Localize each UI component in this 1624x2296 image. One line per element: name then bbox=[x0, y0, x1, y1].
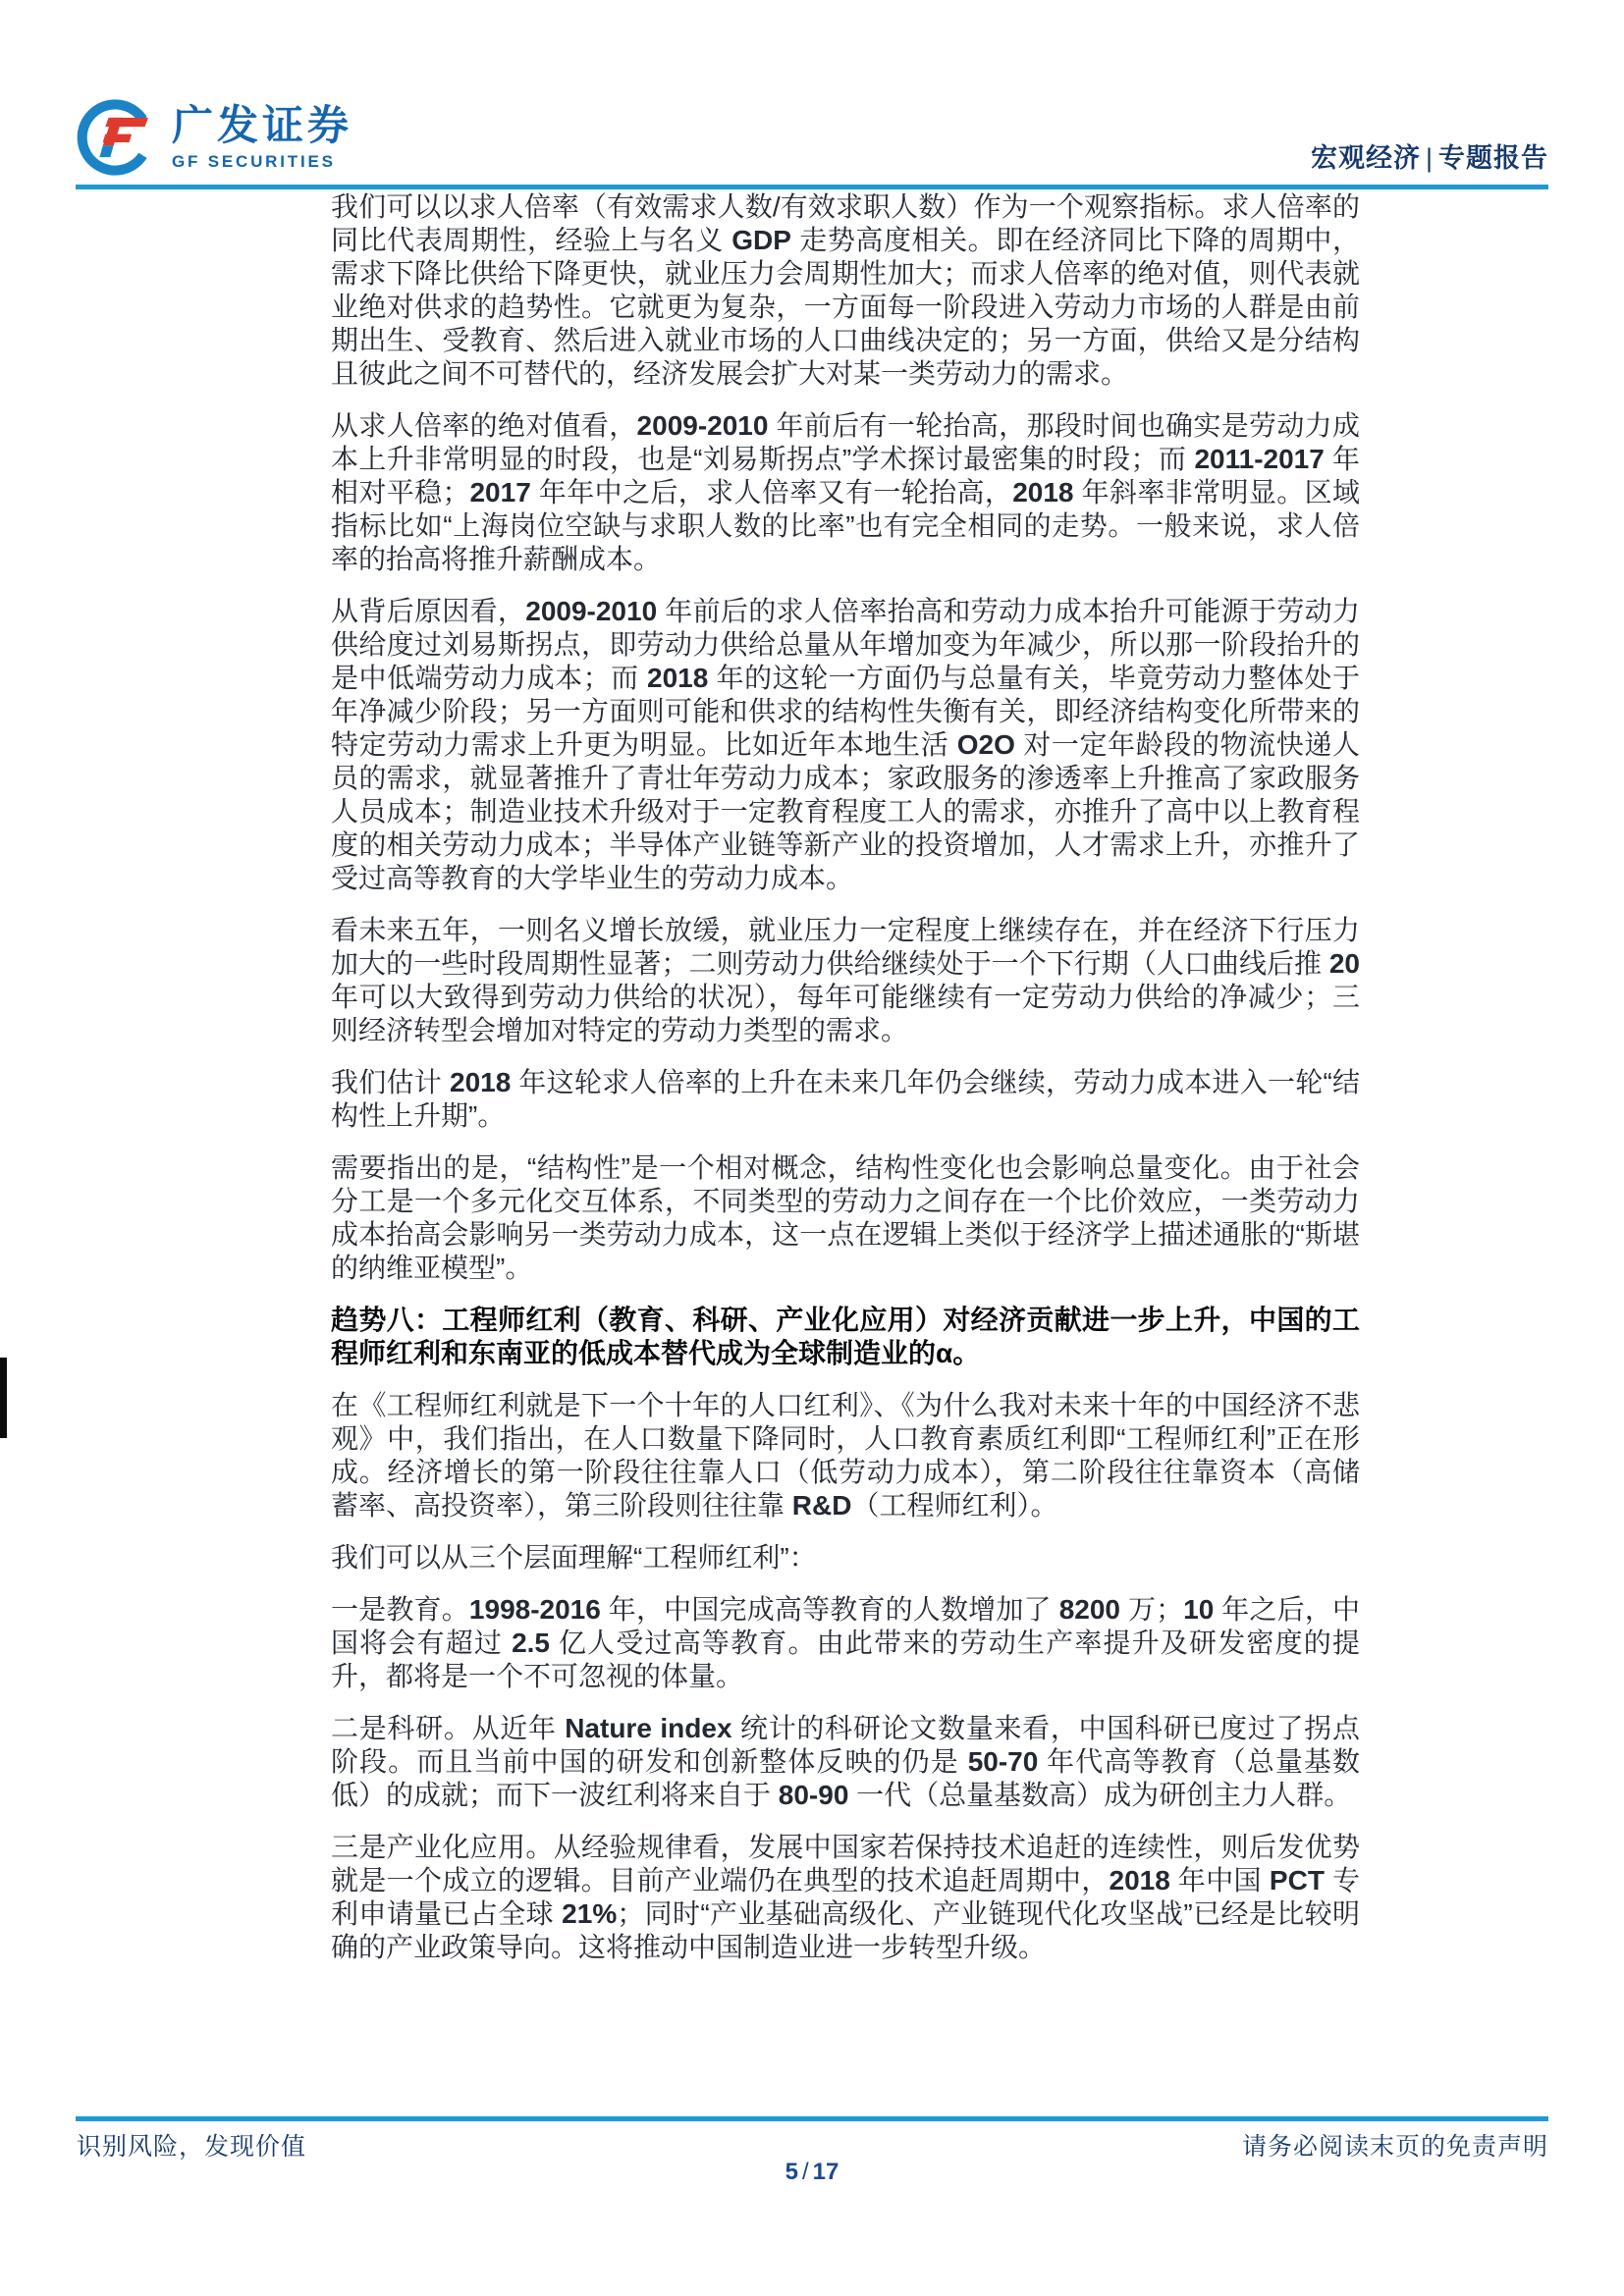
latin-text-run: 2018 bbox=[1012, 477, 1073, 507]
latin-text-run: 10 bbox=[1183, 1594, 1214, 1625]
latin-text-run: 2018 bbox=[647, 663, 708, 693]
body-paragraph: 在《工程师红利就是下一个十年的人口红利》、《为什么我对未来十年的中国经济不悲观》… bbox=[331, 1389, 1360, 1522]
category-label: 宏观经济 bbox=[1311, 143, 1421, 173]
body-paragraph: 我们可以从三个层面理解“工程师红利”： bbox=[331, 1541, 1360, 1575]
report-body: 我们可以以求人倍率（有效需求人数/有效求职人数）作为一个观察指标。求人倍率的同比… bbox=[331, 190, 1360, 1983]
gf-securities-logo: 广发证券 GF SECURITIES bbox=[76, 96, 352, 179]
page-header: 广发证券 GF SECURITIES 宏观经济|专题报告 bbox=[76, 90, 1548, 185]
latin-text-run: O2O bbox=[957, 729, 1015, 760]
latin-text-run: GDP bbox=[731, 225, 791, 255]
body-paragraph: 看未来五年，一则名义增长放缓，就业压力一定程度上继续存在，并在经济下行压力加大的… bbox=[331, 914, 1360, 1047]
body-paragraph: 一是教育。1998-2016 年，中国完成高等教育的人数增加了 8200 万；1… bbox=[331, 1593, 1360, 1693]
gf-logo-mark-icon bbox=[76, 96, 158, 179]
page-number-separator: / bbox=[798, 2159, 813, 2185]
latin-text-run: 2018 bbox=[450, 1067, 511, 1097]
latin-text-run: 20 bbox=[1329, 948, 1360, 979]
page-number: 5/17 bbox=[0, 2159, 1624, 2186]
latin-text-run: Nature index bbox=[565, 1713, 731, 1743]
footer-disclaimer: 请务必阅读末页的免责声明 bbox=[1242, 2127, 1548, 2163]
header-divider bbox=[76, 185, 1548, 189]
report-page: 广发证券 GF SECURITIES 宏观经济|专题报告 我们可以以求人倍率（有… bbox=[0, 0, 1624, 2296]
body-paragraph: 需要指出的是，“结构性”是一个相对概念，结构性变化也会影响总量变化。由于社会分工… bbox=[331, 1151, 1360, 1285]
footer-divider bbox=[76, 2116, 1548, 2121]
report-category-title: 宏观经济|专题报告 bbox=[1311, 136, 1548, 175]
page-number-current: 5 bbox=[785, 2159, 798, 2185]
section-heading: 趋势八：工程师红利（教育、科研、产业化应用）对经济贡献进一步上升，中国的工程师红… bbox=[331, 1304, 1360, 1370]
latin-text-run: 50-70 bbox=[968, 1746, 1039, 1777]
latin-text-run: 2018 bbox=[1110, 1865, 1170, 1896]
brand-name-cn: 广发证券 bbox=[172, 103, 352, 148]
page-number-total: 17 bbox=[813, 2159, 839, 2185]
brand-name-en: GF SECURITIES bbox=[172, 152, 352, 172]
brand-text: 广发证券 GF SECURITIES bbox=[172, 103, 352, 172]
latin-text-run: PCT bbox=[1270, 1865, 1325, 1896]
latin-text-run: R&D bbox=[792, 1490, 852, 1521]
latin-text-run: 80-90 bbox=[779, 1780, 849, 1810]
latin-text-run: 2017 bbox=[469, 477, 530, 507]
body-paragraph: 从背后原因看，2009-2010 年前后的求人倍率抬高和劳动力成本抬升可能源于劳… bbox=[331, 595, 1360, 895]
body-paragraph: 我们可以以求人倍率（有效需求人数/有效求职人数）作为一个观察指标。求人倍率的同比… bbox=[331, 190, 1360, 391]
latin-text-run: 2.5 bbox=[512, 1628, 550, 1658]
scan-artifact-bar bbox=[0, 1358, 7, 1438]
body-paragraph: 三是产业化应用。从经验规律看，发展中国家若保持技术追赶的连续性，则后发优势就是一… bbox=[331, 1831, 1360, 1964]
category-separator: | bbox=[1421, 143, 1438, 173]
body-paragraph: 我们估计 2018 年这轮求人倍率的上升在未来几年仍会继续，劳动力成本进入一轮“… bbox=[331, 1066, 1360, 1133]
body-paragraph: 二是科研。从近年 Nature index 统计的科研论文数量来看，中国科研已度… bbox=[331, 1712, 1360, 1812]
footer-slogan: 识别风险，发现价值 bbox=[77, 2127, 306, 2163]
doc-type-label: 专题报告 bbox=[1438, 143, 1548, 173]
latin-text-run: 1998-2016 bbox=[469, 1594, 601, 1625]
body-paragraph: 从求人倍率的绝对值看，2009-2010 年前后有一轮抬高，那段时间也确实是劳动… bbox=[331, 409, 1360, 576]
latin-text-run: 21% bbox=[562, 1898, 617, 1929]
latin-text-run: 2009-2010 bbox=[525, 596, 657, 626]
latin-text-run: 2009-2010 bbox=[637, 410, 769, 441]
latin-text-run: 2011-2017 bbox=[1194, 444, 1324, 474]
latin-text-run: 8200 bbox=[1059, 1594, 1120, 1625]
